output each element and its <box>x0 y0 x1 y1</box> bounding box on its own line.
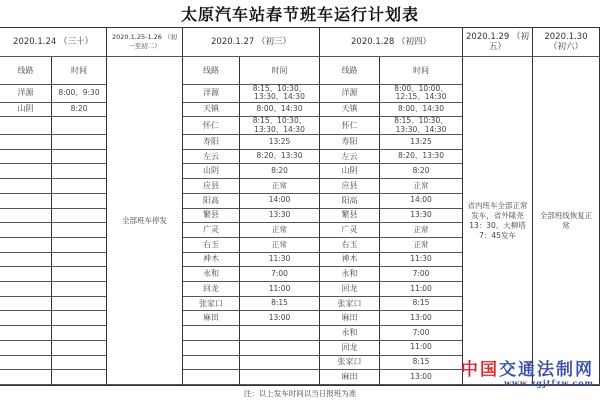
route-cell-0127: 张家口 <box>183 297 240 312</box>
route-cell-0127: 回龙 <box>183 282 240 297</box>
time-cell-0127: 11:00 <box>240 282 320 297</box>
time-cell-0127: 13:30 <box>240 209 320 224</box>
route-cell-0128: 洋源 <box>320 85 380 103</box>
watermark: 中国交通法制网 www.zgjtfzw.com <box>461 361 594 388</box>
route-cell-0128: 神木 <box>320 253 380 268</box>
route-cell-0128: 右玉 <box>320 238 380 253</box>
route-cell-0124 <box>0 356 52 371</box>
time-cell-0127 <box>240 341 320 356</box>
route-cell-0127: 繁县 <box>183 209 240 224</box>
route-cell-0127: 阳高 <box>183 194 240 209</box>
route-cell-0124 <box>0 253 52 268</box>
time-cell-0127: 8:15、10:30、13:30、14:30 <box>240 85 320 103</box>
route-cell-0127 <box>183 326 240 341</box>
route-cell-0128: 张家口 <box>320 356 380 371</box>
route-cell-0124 <box>0 194 52 209</box>
route-cell-0124 <box>0 209 52 224</box>
route-cell-0128: 寿阳 <box>320 135 380 150</box>
route-cell-0124 <box>0 267 52 282</box>
route-cell-0127 <box>183 341 240 356</box>
route-cell-0124 <box>0 135 52 150</box>
route-cell-0127: 右玉 <box>183 238 240 253</box>
header-date-0124: 2020.1.24 （三十） <box>0 28 107 57</box>
subheader-time-0128: 时间 <box>380 57 463 85</box>
time-cell-0124 <box>52 117 107 135</box>
time-cell-0128: 13:00 <box>380 370 463 385</box>
route-cell-0124 <box>0 223 52 238</box>
route-cell-0124: 山阴 <box>0 103 52 118</box>
time-cell-0124 <box>52 326 107 341</box>
route-cell-0124 <box>0 326 52 341</box>
route-cell-0124 <box>0 117 52 135</box>
time-cell-0124 <box>52 164 107 179</box>
time-cell-0128: 正常 <box>380 179 463 194</box>
route-cell-0127: 天镇 <box>183 103 240 118</box>
time-cell-0124 <box>52 179 107 194</box>
time-cell-0124 <box>52 311 107 326</box>
route-cell-0128: 麻田 <box>320 370 380 385</box>
subheader-route-0128: 线路 <box>320 57 380 85</box>
route-cell-0124 <box>0 282 52 297</box>
route-cell-0124 <box>0 150 52 165</box>
time-cell-0128: 8:00、14:30 <box>380 103 463 118</box>
time-cell-0124 <box>52 223 107 238</box>
watermark-url: www.zgjtfzw.com <box>461 379 594 388</box>
time-cell-0128: 13:25 <box>380 135 463 150</box>
time-cell-0128: 13:00 <box>380 311 463 326</box>
time-cell-0127: 8:15 <box>240 297 320 312</box>
suspended-note-0125-0126: 全部班车停发 <box>107 57 183 385</box>
route-cell-0124 <box>0 179 52 194</box>
time-cell-0124 <box>52 356 107 371</box>
route-cell-0127: 怀仁 <box>183 117 240 135</box>
time-cell-0124 <box>52 253 107 268</box>
route-cell-0128: 永和 <box>320 326 380 341</box>
time-cell-0124 <box>52 341 107 356</box>
route-cell-0128: 山阴 <box>320 164 380 179</box>
route-cell-0124 <box>0 311 52 326</box>
route-cell-0124 <box>0 370 52 385</box>
watermark-title: 中国交通法制网 <box>461 361 594 379</box>
route-cell-0127: 山阴 <box>183 164 240 179</box>
time-cell-0124 <box>52 282 107 297</box>
route-cell-0127 <box>183 356 240 371</box>
time-cell-0124 <box>52 370 107 385</box>
time-cell-0128: 8:20 <box>380 164 463 179</box>
time-cell-0124: 8:00、9:30 <box>52 85 107 103</box>
time-cell-0128: 8:15 <box>380 356 463 371</box>
time-cell-0127: 8:20、13:30 <box>240 150 320 165</box>
time-cell-0128: 正常 <box>380 223 463 238</box>
time-cell-0128: 7:00 <box>380 326 463 341</box>
header-date-0128: 2020.1.28 （初四） <box>320 28 463 57</box>
route-cell-0128: 怀仁 <box>320 117 380 135</box>
header-date-0130: 2020.1.30 （初六） <box>533 28 600 57</box>
watermark-blue: 交通法制网 <box>499 360 594 380</box>
time-cell-0124 <box>52 194 107 209</box>
route-cell-0128: 应县 <box>320 179 380 194</box>
route-cell-0124: 洋源 <box>0 85 52 103</box>
route-cell-0127 <box>183 370 240 385</box>
time-cell-0128: 7:00 <box>380 267 463 282</box>
route-cell-0128: 阳高 <box>320 194 380 209</box>
time-cell-0127 <box>240 326 320 341</box>
route-cell-0127: 麻田 <box>183 311 240 326</box>
time-cell-0128: 11:00 <box>380 341 463 356</box>
time-cell-0127 <box>240 356 320 371</box>
route-cell-0127: 永和 <box>183 267 240 282</box>
status-note-0129: 省内班车全部正常发车，省外隆尧13：30、大柳塔7：45发车 <box>463 57 533 385</box>
time-cell-0128: 11:30 <box>380 253 463 268</box>
route-cell-0124 <box>0 297 52 312</box>
time-cell-0127: 11:30 <box>240 253 320 268</box>
time-cell-0128: 8:15、10:30、13:30、14:30 <box>380 117 463 135</box>
route-cell-0128: 回龙 <box>320 341 380 356</box>
time-cell-0127: 正常 <box>240 238 320 253</box>
route-cell-0127: 洋源 <box>183 85 240 103</box>
time-cell-0128: 11:00 <box>380 282 463 297</box>
time-cell-0128: 14:00 <box>380 194 463 209</box>
route-cell-0128: 天镇 <box>320 103 380 118</box>
time-cell-0128: 8:15 <box>380 297 463 312</box>
route-cell-0127: 神木 <box>183 253 240 268</box>
time-cell-0127: 13:25 <box>240 135 320 150</box>
subheader-route-0124: 线路 <box>0 57 52 85</box>
status-note-0130: 全部班线恢复正常 <box>533 57 600 385</box>
time-cell-0127: 正常 <box>240 179 320 194</box>
time-cell-0124 <box>52 209 107 224</box>
route-cell-0124 <box>0 164 52 179</box>
time-cell-0128: 13:30 <box>380 209 463 224</box>
time-cell-0124 <box>52 135 107 150</box>
route-cell-0128: 麻田 <box>320 311 380 326</box>
time-cell-0128: 8:00、10:00、12:15、14:30 <box>380 85 463 103</box>
time-cell-0127: 正常 <box>240 223 320 238</box>
header-date-0125-0126: 2020.1.25-1.26 （初一至初二） <box>107 28 183 57</box>
subheader-route-0127: 线路 <box>183 57 240 85</box>
route-cell-0128: 广灵 <box>320 223 380 238</box>
time-cell-0127: 7:00 <box>240 267 320 282</box>
time-cell-0124 <box>52 238 107 253</box>
subheader-time-0127: 时间 <box>240 57 320 85</box>
time-cell-0127: 8:15、10:30、13:30、14:30 <box>240 117 320 135</box>
header-date-0127: 2020.1.27 （初三） <box>183 28 320 57</box>
route-cell-0127: 左云 <box>183 150 240 165</box>
time-cell-0128: 正常 <box>380 238 463 253</box>
route-cell-0127: 广灵 <box>183 223 240 238</box>
route-cell-0128: 繁县 <box>320 209 380 224</box>
time-cell-0124 <box>52 150 107 165</box>
route-cell-0128: 回龙 <box>320 282 380 297</box>
route-cell-0124 <box>0 238 52 253</box>
subheader-time-0124: 时间 <box>52 57 107 85</box>
page-title: 太原汽车站春节班车运行计划表 <box>0 0 600 28</box>
time-cell-0124 <box>52 267 107 282</box>
time-cell-0127: 8:00、14:30 <box>240 103 320 118</box>
time-cell-0128: 8:20、13:30 <box>380 150 463 165</box>
header-date-0129: 2020.1.29 （初五） <box>463 28 533 57</box>
route-cell-0127: 寿阳 <box>183 135 240 150</box>
time-cell-0124 <box>52 297 107 312</box>
watermark-red: 中国 <box>461 360 499 380</box>
route-cell-0128: 永和 <box>320 267 380 282</box>
route-cell-0128: 左云 <box>320 150 380 165</box>
route-cell-0127: 应县 <box>183 179 240 194</box>
schedule-table: 2020.1.24 （三十） 2020.1.25-1.26 （初一至初二） 20… <box>0 28 600 400</box>
route-cell-0124 <box>0 341 52 356</box>
time-cell-0127: 14:00 <box>240 194 320 209</box>
time-cell-0127: 8:20 <box>240 164 320 179</box>
time-cell-0124: 8:20 <box>52 103 107 118</box>
time-cell-0127: 13:00 <box>240 311 320 326</box>
route-cell-0128: 张家口 <box>320 297 380 312</box>
time-cell-0127 <box>240 370 320 385</box>
